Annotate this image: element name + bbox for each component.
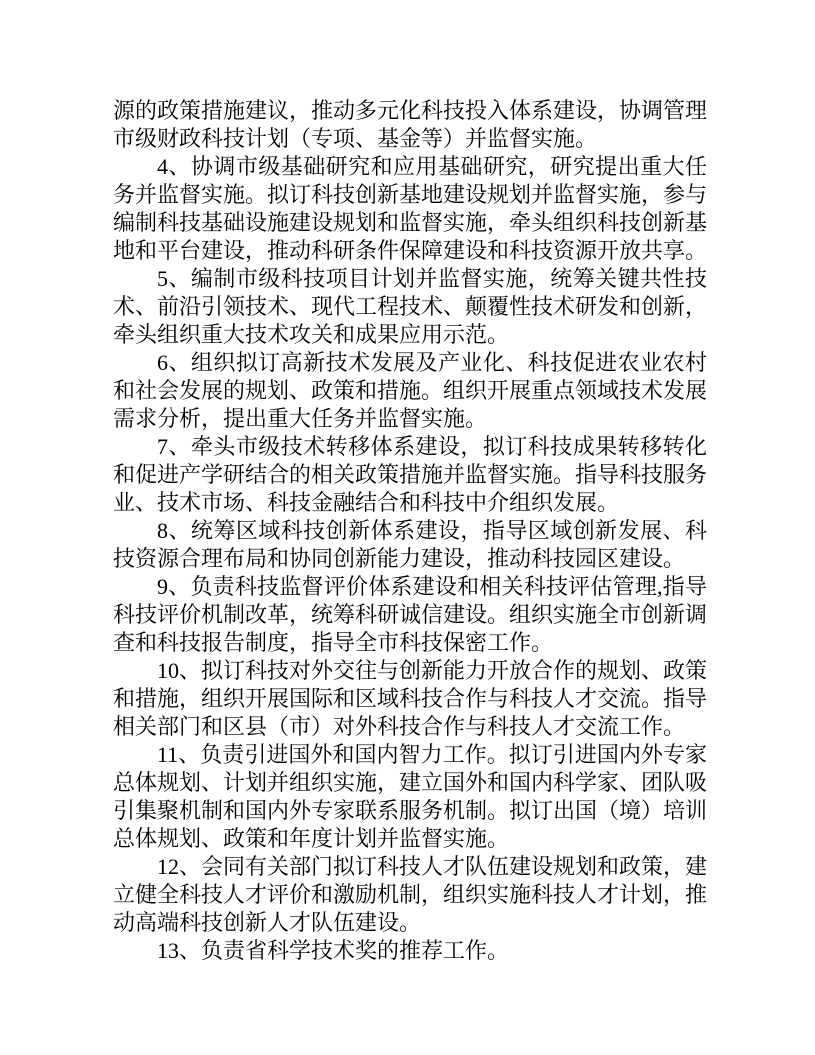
duty-item-9: 9、负责科技监督评价体系建设和相关科技评估管理,指导科技评价机制改革，统筹科研诚… bbox=[113, 573, 707, 657]
duty-item-6: 6、组织拟订高新技术发展及产业化、科技促进农业农村和社会发展的规划、政策和措施。… bbox=[113, 349, 707, 433]
duty-item-13: 13、负责省科学技术奖的推荐工作。 bbox=[113, 937, 707, 965]
paragraph-continuation: 源的政策措施建议，推动多元化科技投入体系建设，协调管理市级财政科技计划（专项、基… bbox=[113, 97, 707, 153]
document-page: 源的政策措施建议，推动多元化科技投入体系建设，协调管理市级财政科技计划（专项、基… bbox=[0, 0, 815, 1055]
duty-item-12: 12、会同有关部门拟订科技人才队伍建设规划和政策，建立健全科技人才评价和激励机制… bbox=[113, 853, 707, 937]
duty-item-8: 8、统筹区域科技创新体系建设，指导区域创新发展、科技资源合理布局和协同创新能力建… bbox=[113, 517, 707, 573]
duty-item-4: 4、协调市级基础研究和应用基础研究，研究提出重大任务并监督实施。拟订科技创新基地… bbox=[113, 153, 707, 265]
duty-item-10: 10、拟订科技对外交往与创新能力开放合作的规划、政策和措施，组织开展国际和区域科… bbox=[113, 657, 707, 741]
duty-item-7: 7、牵头市级技术转移体系建设，拟订科技成果转移转化和促进产学研结合的相关政策措施… bbox=[113, 433, 707, 517]
duty-item-5: 5、编制市级科技项目计划并监督实施，统筹关键共性技术、前沿引领技术、现代工程技术… bbox=[113, 265, 707, 349]
duty-item-11: 11、负责引进国外和国内智力工作。拟订引进国内外专家总体规划、计划并组织实施，建… bbox=[113, 741, 707, 853]
document-body: 源的政策措施建议，推动多元化科技投入体系建设，协调管理市级财政科技计划（专项、基… bbox=[113, 97, 707, 965]
